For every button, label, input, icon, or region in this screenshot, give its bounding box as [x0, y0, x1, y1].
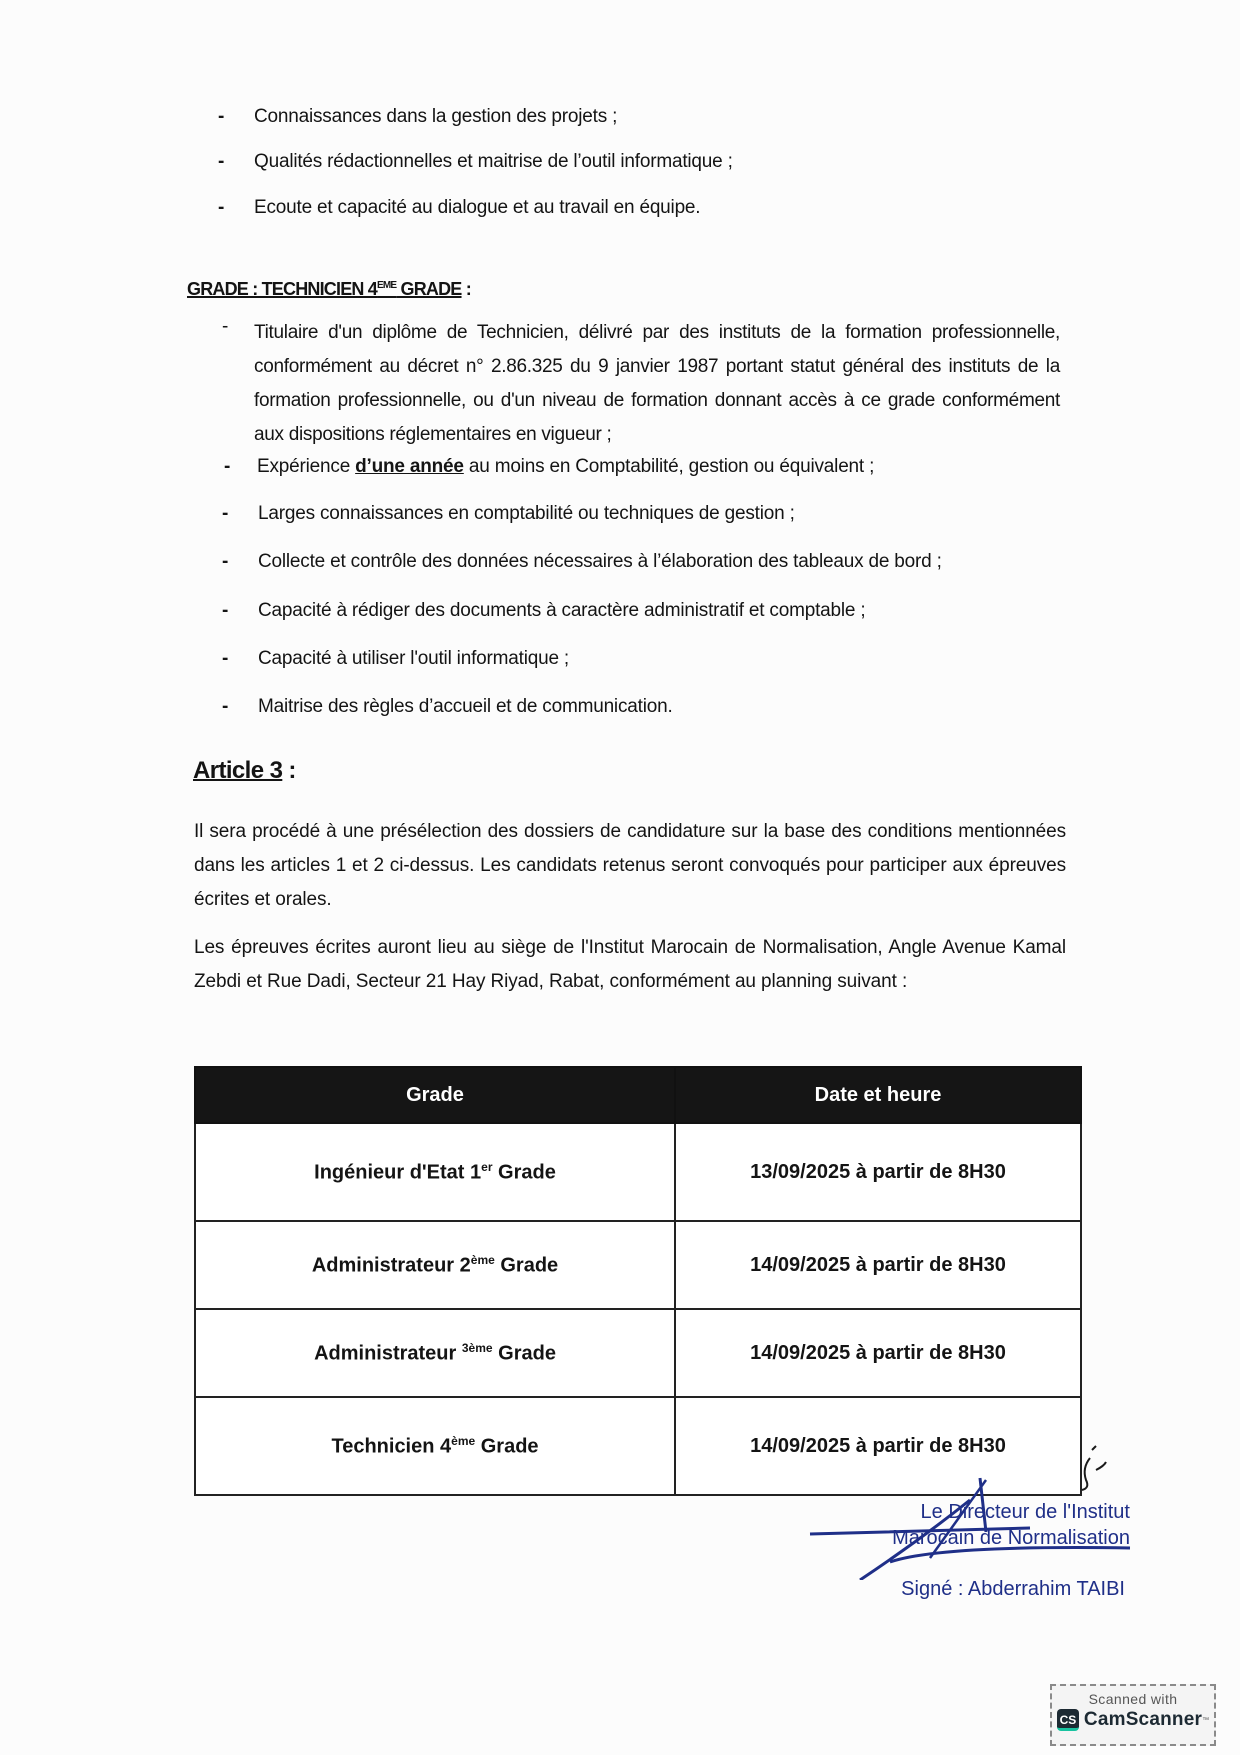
- article-3-heading: Article 3 :: [193, 757, 296, 785]
- article-3-paragraph-1: Il sera procédé à une présélection des d…: [194, 815, 1066, 917]
- list-item-text: Capacité à rédiger des documents à carac…: [258, 600, 865, 622]
- signature-title: Le Directeur de l'Institut Marocain de N…: [870, 1499, 1130, 1551]
- grade-cell: Administrateur 2ème Grade: [195, 1221, 675, 1309]
- bullet-dash: -: [218, 151, 254, 173]
- list-item-text: Qualités rédactionnelles et maitrise de …: [254, 151, 733, 173]
- list-item-text: Maitrise des règles d’accueil et de comm…: [258, 696, 673, 718]
- list-item: - Qualités rédactionnelles et maitrise d…: [218, 151, 733, 173]
- article-title: Article 3: [193, 757, 282, 784]
- list-item: - Collecte et contrôle des données néces…: [222, 551, 942, 573]
- list-item: - Maitrise des règles d’accueil et de co…: [222, 696, 673, 718]
- planning-table: Grade Date et heure Ingénieur d'Etat 1er…: [194, 1066, 1082, 1496]
- list-item: - Capacité à utiliser l'outil informatiq…: [222, 648, 569, 670]
- bullet-dash: -: [222, 696, 258, 718]
- heading-superscript: EME: [377, 280, 396, 291]
- watermark-caption: Scanned with: [1052, 1691, 1214, 1707]
- list-item-text: Ecoute et capacité au dialogue et au tra…: [254, 197, 700, 219]
- camscanner-logo-icon: CS: [1057, 1709, 1079, 1731]
- document-page: - Connaissances dans la gestion des proj…: [0, 0, 1240, 1755]
- date-cell: 14/09/2025 à partir de 8H30: [675, 1309, 1081, 1397]
- list-item-text: Connaissances dans la gestion des projet…: [254, 106, 617, 128]
- date-cell: 13/09/2025 à partir de 8H30: [675, 1123, 1081, 1221]
- list-item-text: Larges connaissances en comptabilité ou …: [258, 503, 795, 525]
- grade-cell: Administrateur 3ème Grade: [195, 1309, 675, 1397]
- signature-line-2: Marocain de Normalisation: [870, 1525, 1130, 1551]
- experience-text-after: au moins en Comptabilité, gestion ou équ…: [464, 456, 874, 477]
- camscanner-watermark: Scanned with CS CamScanner™: [1050, 1684, 1216, 1746]
- column-header-grade: Grade: [195, 1067, 675, 1123]
- list-item-text: Capacité à utiliser l'outil informatique…: [258, 648, 569, 670]
- experience-emphasis: d’une année: [355, 456, 464, 477]
- table-row: Administrateur 2ème Grade14/09/2025 à pa…: [195, 1221, 1081, 1309]
- list-item: - Ecoute et capacité au dialogue et au t…: [218, 197, 700, 219]
- bullet-dash: -: [222, 503, 258, 525]
- list-item-text: Collecte et contrôle des données nécessa…: [258, 551, 942, 573]
- list-item: - Capacité à rédiger des documents à car…: [222, 600, 865, 622]
- table-header-row: Grade Date et heure: [195, 1067, 1081, 1123]
- heading-colon: :: [462, 279, 471, 299]
- column-header-date: Date et heure: [675, 1067, 1081, 1123]
- article-3-paragraph-2: Les épreuves écrites auront lieu au sièg…: [194, 931, 1066, 999]
- bullet-dash: -: [222, 551, 258, 573]
- list-item-text: Expérience d’une année au moins en Compt…: [257, 456, 874, 478]
- table-row: Ingénieur d'Etat 1er Grade13/09/2025 à p…: [195, 1123, 1081, 1221]
- grade-cell: Ingénieur d'Etat 1er Grade: [195, 1123, 675, 1221]
- table-row: Administrateur 3ème Grade14/09/2025 à pa…: [195, 1309, 1081, 1397]
- watermark-brand: CamScanner: [1084, 1709, 1202, 1731]
- list-item: - Titulaire d'un diplôme de Technicien, …: [222, 316, 1060, 452]
- bullet-dash: -: [218, 197, 254, 219]
- bullet-dash: -: [218, 106, 254, 128]
- list-item: - Expérience d’une année au moins en Com…: [224, 456, 874, 478]
- signature-line-1: Le Directeur de l'Institut: [870, 1499, 1130, 1525]
- technicien-requirements: - Titulaire d'un diplôme de Technicien, …: [222, 316, 1060, 452]
- date-cell: 14/09/2025 à partir de 8H30: [675, 1221, 1081, 1309]
- article-colon: :: [282, 757, 295, 784]
- bullet-dash: -: [222, 316, 254, 452]
- list-item: - Larges connaissances en comptabilité o…: [222, 503, 795, 525]
- trademark-symbol: ™: [1202, 1717, 1209, 1724]
- list-item: - Connaissances dans la gestion des proj…: [218, 106, 617, 128]
- bullet-dash: -: [222, 648, 258, 670]
- bullet-dash: -: [224, 456, 257, 478]
- heading-text: GRADE : TECHNICIEN 4: [187, 279, 377, 299]
- section-heading-technicien: GRADE : TECHNICIEN 4EME GRADE :: [187, 279, 471, 300]
- signature-name: Signé : Abderrahim TAIBI: [870, 1578, 1125, 1601]
- bullet-dash: -: [222, 600, 258, 622]
- list-item-text: Titulaire d'un diplôme de Technicien, dé…: [254, 316, 1060, 452]
- experience-text: Expérience: [257, 456, 355, 477]
- grade-cell: Technicien 4ème Grade: [195, 1397, 675, 1495]
- heading-text-suffix: GRADE: [396, 279, 461, 299]
